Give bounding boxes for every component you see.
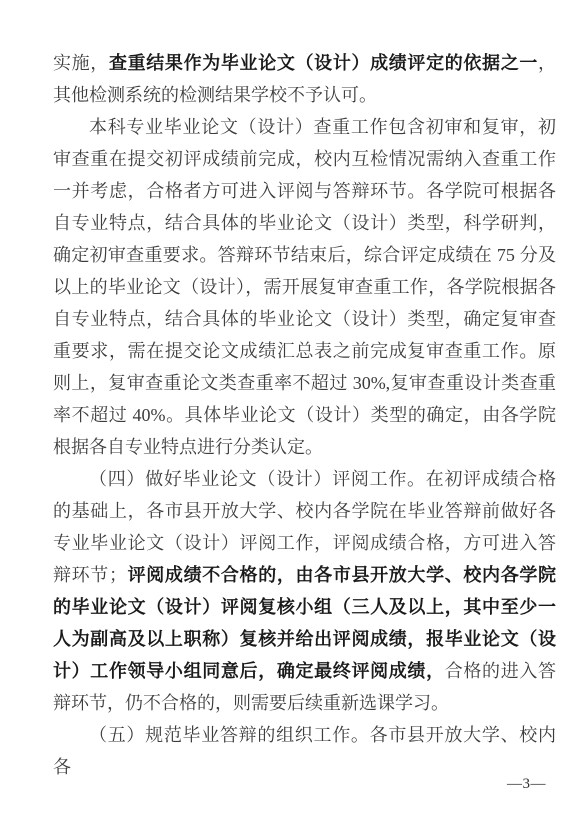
- document-body: 实施，查重结果作为毕业论文（设计）成绩评定的依据之一，其他检测系统的检测结果学校…: [53, 47, 556, 783]
- page-number: —3—: [507, 774, 546, 794]
- paragraph-item-four: （四）做好毕业论文（设计）评阅工作。在初评成绩合格的基础上，各市县开放大学、校内…: [53, 463, 556, 719]
- text-run: （五）规范毕业答辩的组织工作。各市县开放大学、校内各: [53, 725, 556, 777]
- paragraph-item-five: （五）规范毕业答辩的组织工作。各市县开放大学、校内各: [53, 719, 556, 783]
- document-page: 实施，查重结果作为毕业论文（设计）成绩评定的依据之一，其他检测系统的检测结果学校…: [0, 0, 587, 822]
- text-run: 实施，: [53, 53, 109, 73]
- paragraph-continuation: 实施，查重结果作为毕业论文（设计）成绩评定的依据之一，其他检测系统的检测结果学校…: [53, 47, 556, 111]
- text-run-bold: 查重结果作为毕业论文（设计）成绩评定的依据之一: [109, 53, 538, 73]
- paragraph-review-process: 本科专业毕业论文（设计）查重工作包含初审和复审，初审查重在提交初评成绩前完成，校…: [53, 111, 556, 463]
- text-run: 本科专业毕业论文（设计）查重工作包含初审和复审，初审查重在提交初评成绩前完成，校…: [53, 117, 556, 457]
